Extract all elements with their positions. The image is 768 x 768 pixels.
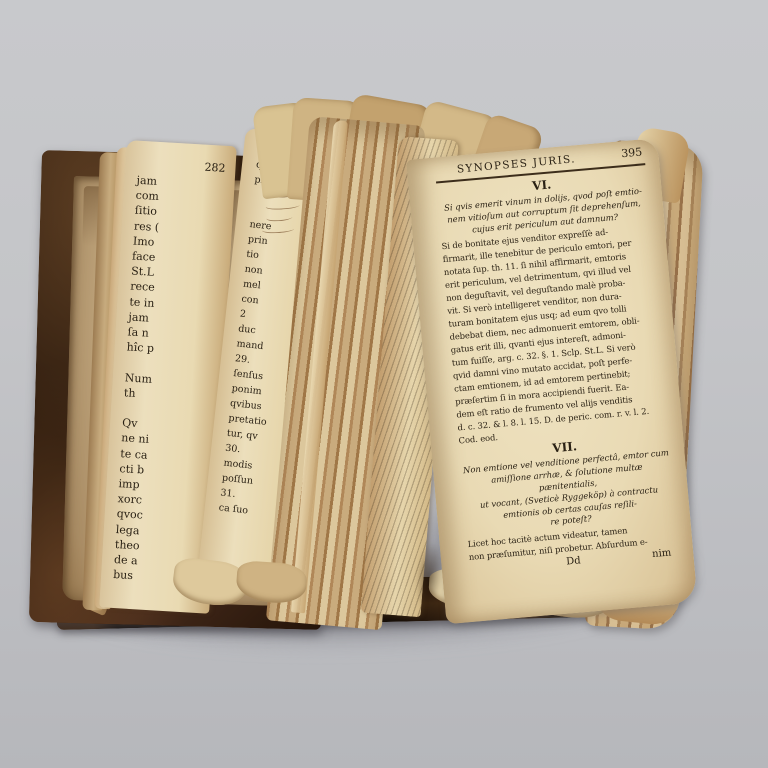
page-number-395: 395 [621,145,643,160]
page-number-282: 282 [204,161,226,175]
page-282-text-fragment: jam com ſitio res ( Imo face St.L rece t… [113,173,165,584]
page-text-block: SYNOPSES JURIS. 395 VI. Si qvis emerit v… [435,147,680,579]
section-vi-body: Si de bonitate ejus venditor expreſſè ad… [441,222,668,448]
signature-mark: Dd [566,555,581,567]
catchword: nim [652,548,672,561]
open-page-395: SYNOPSES JURIS. 395 VI. Si qvis emerit v… [406,138,698,624]
photo: L. 282 jam com ſitio res ( Imo face St.L… [0,0,768,768]
